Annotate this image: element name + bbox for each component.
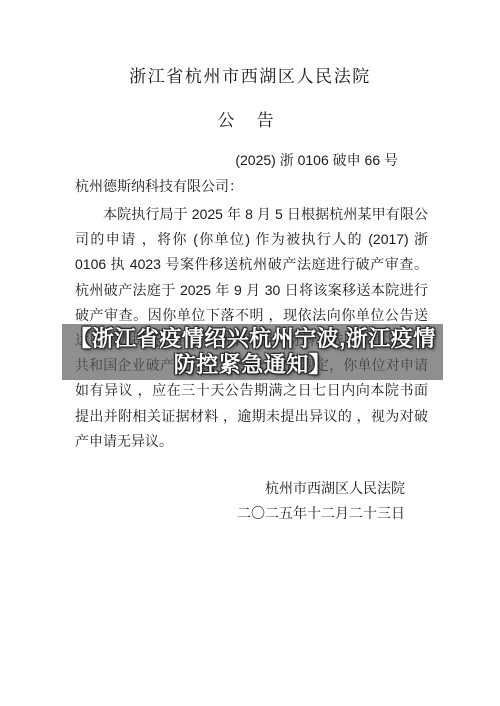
court-signature: 杭州市西湖区人民法院 xyxy=(265,478,405,498)
document-page: 浙江省杭州市西湖区人民法院 公 告 (2025) 浙 0106 破申 66 号 … xyxy=(0,0,500,706)
addressee-line: 杭州德斯纳科技有限公司： xyxy=(75,176,243,196)
overlay-banner-line-1: 【浙江省疫情绍兴杭州宁波,浙江疫情 xyxy=(69,326,436,352)
announcement-title: 公 告 xyxy=(0,106,500,131)
court-name-heading: 浙江省杭州市西湖区人民法院 xyxy=(0,62,500,87)
overlay-banner-line-2: 防控紧急通知】 xyxy=(174,352,332,378)
overlay-banner: 【浙江省疫情绍兴杭州宁波,浙江疫情 防控紧急通知】 xyxy=(62,324,443,380)
case-number: (2025) 浙 0106 破申 66 号 xyxy=(235,150,398,170)
announcement-date: 二〇二五年十二月二十三日 xyxy=(237,503,405,523)
